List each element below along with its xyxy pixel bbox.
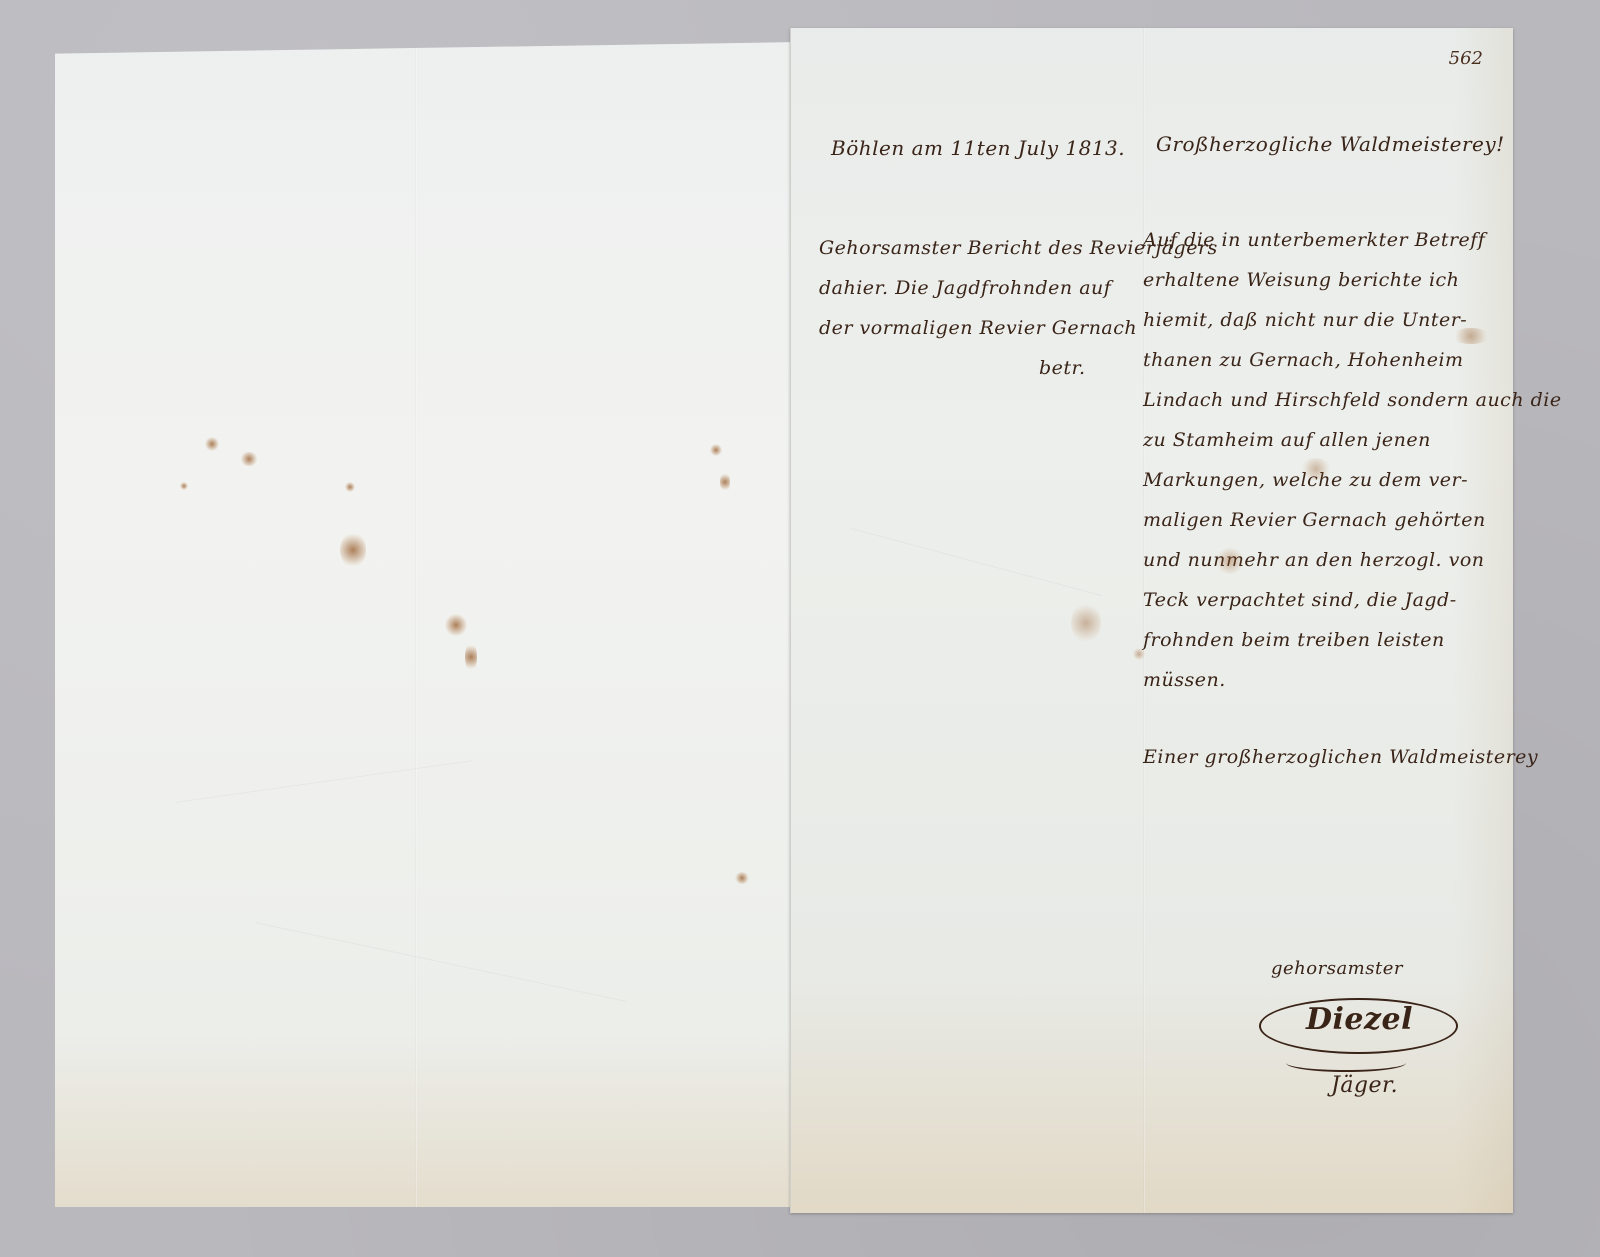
letter-body: Auf die in unterbemerkter Betreff erhalt… [1143, 220, 1562, 700]
signature-block: gehorsamster Diezel Jäger. [1251, 958, 1471, 1133]
signature-underline-flourish [1286, 1054, 1406, 1072]
body-line: erhaltene Weisung berichte ich [1143, 260, 1562, 300]
body-line: hiemit, daß nicht nur die Unter- [1143, 300, 1562, 340]
body-line: müssen. [1143, 660, 1562, 700]
foxing-stain [340, 532, 366, 568]
signature-name: Diezel [1306, 1002, 1413, 1037]
paper-crease [851, 528, 1102, 596]
paper-crease [175, 760, 472, 803]
foxing-stain [180, 482, 188, 490]
foxing-stain [465, 642, 477, 672]
paper-crease [255, 922, 627, 1002]
body-line: Lindach und Hirschfeld sondern auch die [1143, 380, 1562, 420]
foxing-stain [240, 452, 258, 466]
body-line: Markungen, welche zu dem ver- [1143, 460, 1562, 500]
body-line: und nunmehr an den herzogl. von [1143, 540, 1562, 580]
foxing-stain [720, 472, 730, 492]
body-line: zu Stamheim auf allen jenen [1143, 420, 1562, 460]
date-line: Böhlen am 11ten July 1813. [831, 136, 1125, 160]
foxing-stain [1451, 328, 1491, 344]
body-line: maligen Revier Gernach gehörten [1143, 500, 1562, 540]
salutation: Großherzogliche Waldmeisterey! [1156, 132, 1505, 156]
right-page-letter: 562 Böhlen am 11ten July 1813. Großherzo… [790, 28, 1513, 1213]
foxing-stain [710, 444, 722, 456]
signature-title: Jäger. [1331, 1073, 1398, 1098]
foxing-stain [1071, 603, 1101, 643]
foxing-stain [1301, 458, 1331, 480]
closing-line: Einer großherzoglichen Waldmeisterey [1143, 746, 1538, 768]
foxing-stain [445, 614, 467, 636]
left-page [55, 42, 800, 1207]
vertical-fold-crease [415, 42, 417, 1207]
body-line: frohnden beim treiben leisten [1143, 620, 1562, 660]
foxing-stain [735, 872, 749, 884]
foxing-stain [1216, 548, 1244, 574]
foxing-stain [1133, 648, 1145, 660]
body-line: thanen zu Gernach, Hohenheim [1143, 340, 1562, 380]
archive-page-number: 562 [1449, 48, 1483, 69]
foxing-stain [205, 437, 219, 451]
foxing-stain [345, 482, 355, 492]
body-line: Teck verpachtet sind, die Jagd- [1143, 580, 1562, 620]
body-line: Auf die in unterbemerkter Betreff [1143, 220, 1562, 260]
signature-prefix: gehorsamster [1271, 958, 1403, 979]
